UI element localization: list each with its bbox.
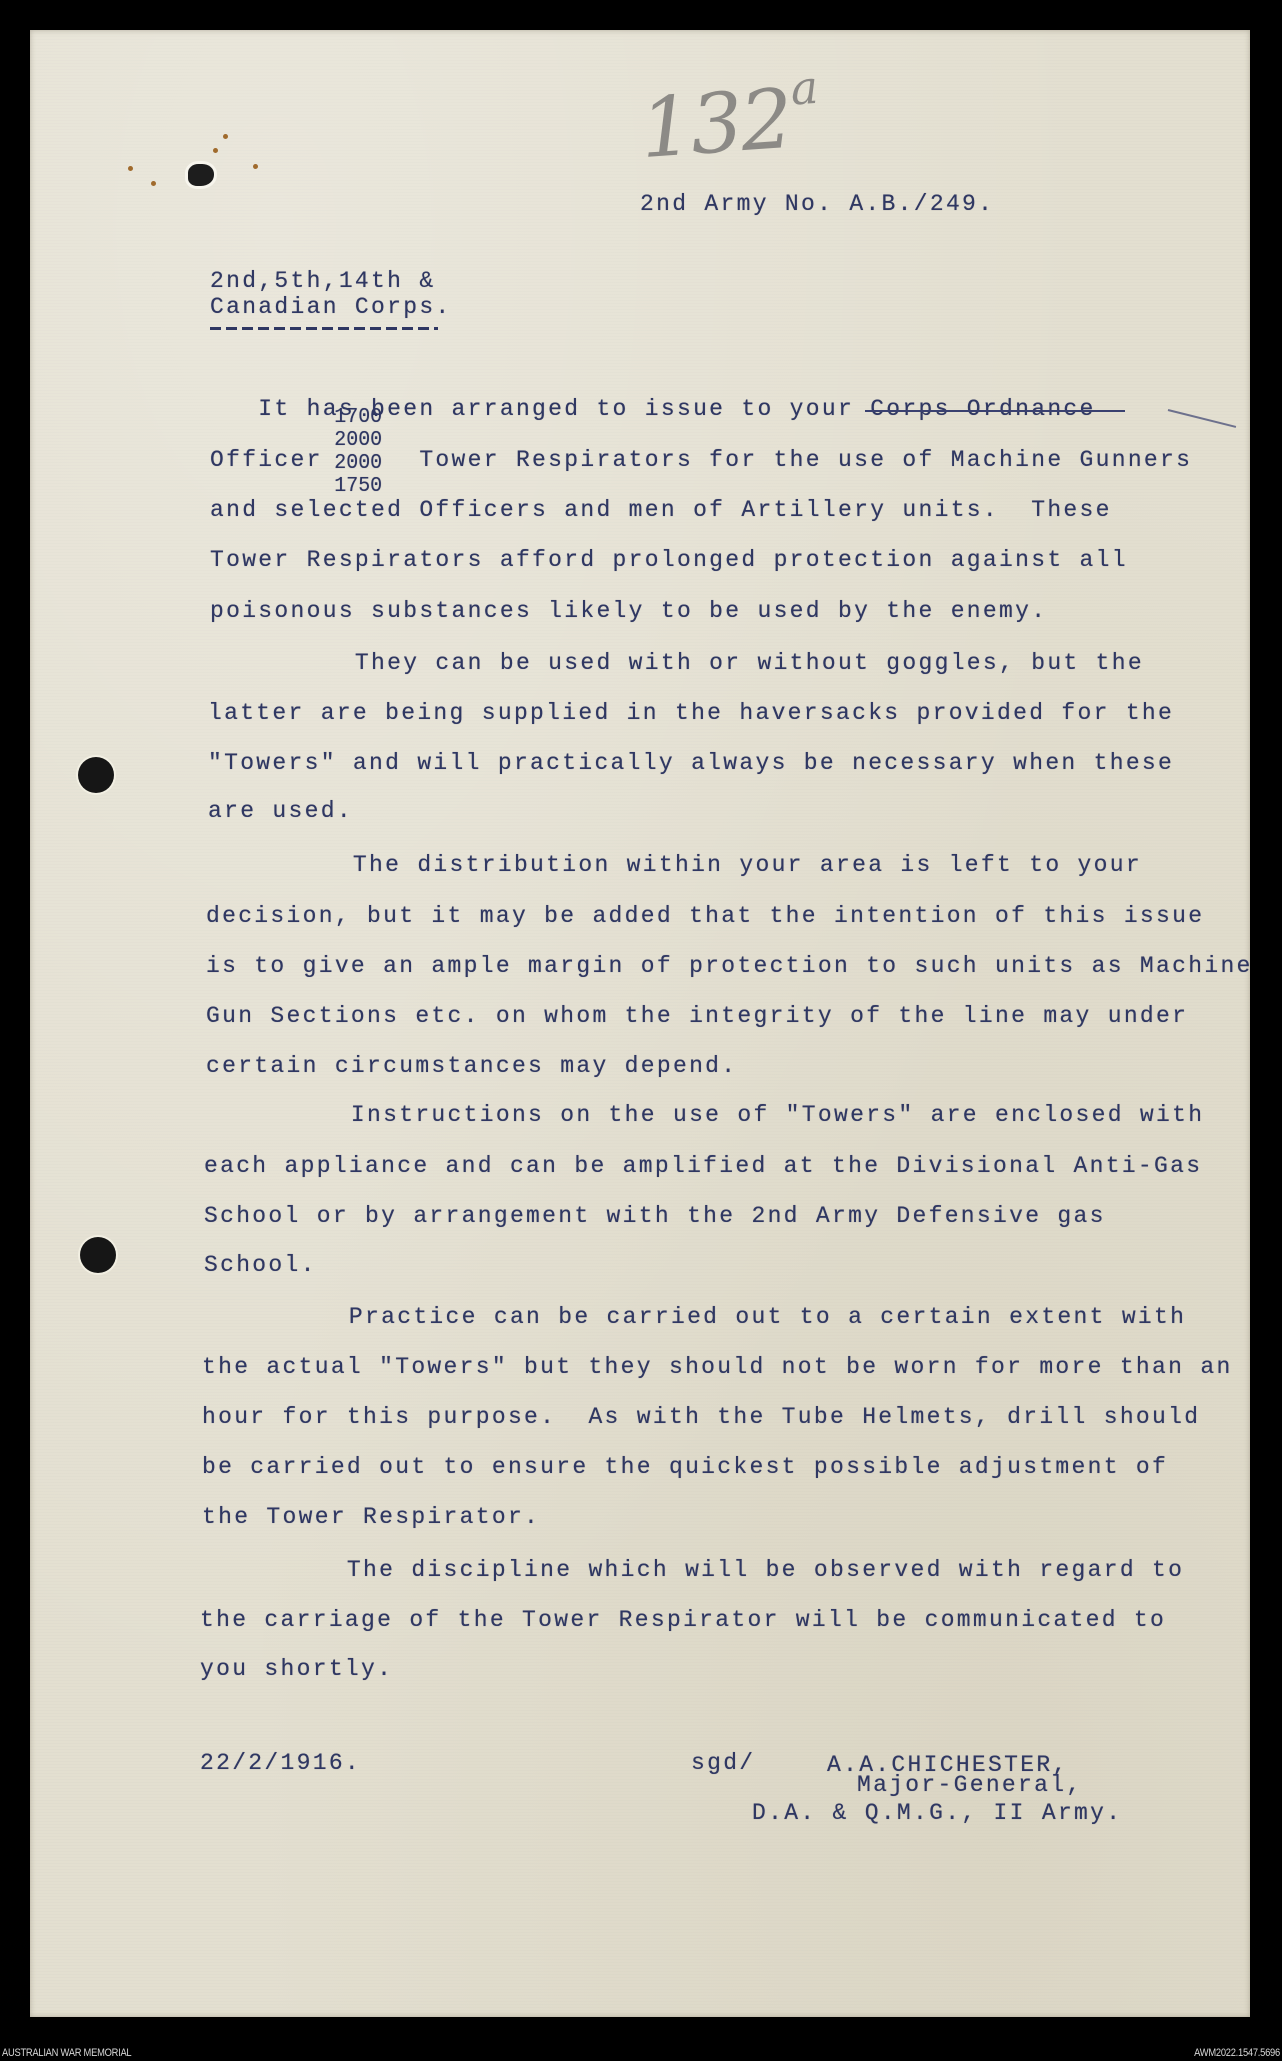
p3-line-2: decision, but it may be added that the i… bbox=[206, 905, 1204, 928]
p5-line-1: Practice can be carried out to a certain… bbox=[204, 1306, 1186, 1329]
folio-suffix: a bbox=[789, 60, 818, 116]
p6-line-2: the carriage of the Tower Respirator wil… bbox=[200, 1609, 1166, 1632]
rust-mark bbox=[223, 134, 228, 139]
p2-line-2: latter are being supplied in the haversa… bbox=[208, 702, 1174, 725]
p2-line-4: are used. bbox=[208, 800, 353, 823]
p2-line-3: "Towers" and will practically always be … bbox=[208, 752, 1174, 775]
addressee-underline bbox=[210, 327, 438, 330]
reference-number: 2nd Army No. A.B./249. bbox=[640, 193, 994, 216]
p3-line-1: The distribution within your area is lef… bbox=[208, 854, 1142, 877]
p4-line-3: School or by arrangement with the 2nd Ar… bbox=[204, 1205, 1106, 1228]
rust-mark bbox=[128, 166, 133, 171]
pencil-folio-number: 132a bbox=[637, 64, 821, 171]
archive-credit: AUSTRALIAN WAR MEMORIAL bbox=[2, 2047, 131, 2059]
rust-mark bbox=[213, 148, 218, 153]
punch-hole bbox=[78, 757, 114, 793]
document-date: 22/2/1916. bbox=[200, 1752, 361, 1775]
archive-accession-number: AWM2022.1547.5696 bbox=[1194, 2047, 1280, 2059]
p4-line-4: School. bbox=[204, 1254, 317, 1277]
p2-line-1: They can be used with or without goggles… bbox=[210, 652, 1144, 675]
p3-line-5: certain circumstances may depend. bbox=[206, 1055, 737, 1078]
addressee-line-1: 2nd,5th,14th & bbox=[210, 270, 435, 293]
p3-line-4: Gun Sections etc. on whom the integrity … bbox=[206, 1005, 1188, 1028]
p4-line-2: each appliance and can be amplified at t… bbox=[204, 1155, 1202, 1178]
p4-line-1: Instructions on the use of "Towers" are … bbox=[206, 1104, 1204, 1127]
p3-line-3: is to give an ample margin of protection… bbox=[206, 955, 1253, 978]
p6-line-1: The discipline which will be observed wi… bbox=[202, 1559, 1184, 1582]
torn-hole bbox=[188, 164, 214, 186]
p5-line-5: the Tower Respirator. bbox=[202, 1506, 540, 1529]
signatory-rank: Major-General, bbox=[857, 1774, 1082, 1797]
p1-line-4: Tower Respirators afford prolonged prote… bbox=[210, 549, 1128, 572]
punch-hole bbox=[80, 1237, 116, 1273]
p5-line-4: be carried out to ensure the quickest po… bbox=[202, 1456, 1168, 1479]
p1-line-2: Officer Tower Respirators for the use of… bbox=[210, 449, 1192, 472]
p1-line-5: poisonous substances likely to be used b… bbox=[210, 600, 1047, 623]
signed-marker: sgd/ bbox=[691, 1752, 755, 1775]
rust-mark bbox=[151, 181, 156, 186]
folio-number: 132 bbox=[637, 72, 794, 177]
p1-line-3: and selected Officers and men of Artille… bbox=[210, 499, 1112, 522]
strikethrough-corps-ordnance bbox=[865, 410, 1125, 412]
rust-mark bbox=[253, 164, 258, 169]
addressee-line-2: Canadian Corps. bbox=[210, 296, 452, 319]
p5-line-3: hour for this purpose. As with the Tube … bbox=[202, 1406, 1200, 1429]
p5-line-2: the actual "Towers" but they should not … bbox=[202, 1356, 1233, 1379]
p6-line-3: you shortly. bbox=[200, 1658, 393, 1681]
quantity-canadian-corps: 1750 bbox=[334, 475, 382, 498]
signatory-title: D.A. & Q.M.G., II Army. bbox=[752, 1802, 1122, 1825]
